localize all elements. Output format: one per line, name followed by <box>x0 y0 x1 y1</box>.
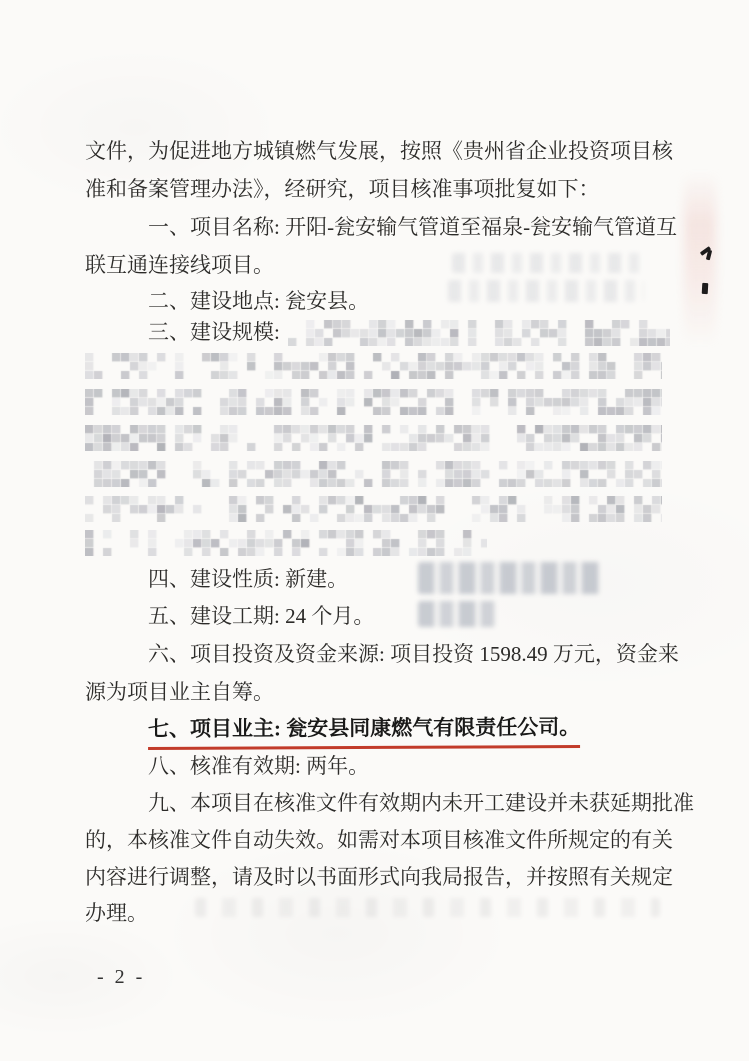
item-scale: 三、建设规模: <box>85 317 670 348</box>
item-location: 二、建设地点: 瓮安县。 <box>85 287 670 318</box>
binding-mark <box>700 246 711 256</box>
item-investment: 六、项目投资及资金来源: 项目投资 1598.49 万元，资金来 <box>85 640 670 671</box>
binding-mark <box>706 250 712 261</box>
item-expiry-clause-cont-1: 的，本核准文件自动失效。如需对本项目核准文件所规定的有关 <box>85 826 670 857</box>
redaction-mosaic <box>85 389 662 415</box>
binding-mark <box>702 283 709 294</box>
item-duration: 五、建设工期: 24 个月。 <box>85 602 670 633</box>
item-project-name-cont: 联互通连接线项目。 <box>85 251 670 282</box>
item-expiry-clause-cont-3: 办理。 <box>85 899 670 930</box>
doc-line-continuation-1: 文件，为促进地方城镇燃气发展，按照《贵州省企业投资项目核 <box>85 137 670 168</box>
redaction-mosaic <box>288 320 670 346</box>
redaction-mosaic <box>85 353 662 379</box>
redaction-mosaic <box>85 425 662 451</box>
item-nature: 四、建设性质: 新建。 <box>85 565 670 596</box>
red-underline-highlight: 七、项目业主: 瓮安县同康燃气有限责任公司。 <box>148 713 580 750</box>
doc-line-continuation-2: 准和备案管理办法》，经研究，项目核准事项批复如下： <box>85 175 670 206</box>
item-owner: 七、项目业主: 瓮安县同康燃气有限责任公司。 <box>85 714 670 745</box>
redaction-mosaic <box>85 461 662 487</box>
scan-fold-stain <box>684 172 716 347</box>
item-project-name: 一、项目名称: 开阳-瓮安输气管道至福泉-瓮安输气管道互 <box>85 213 670 244</box>
page-number: - 2 - <box>97 966 145 989</box>
item-expiry-clause-cont-2: 内容进行调整，请及时以书面形式向我局报告，并按照有关规定 <box>85 863 670 894</box>
redaction-mosaic <box>85 530 487 556</box>
item-expiry-clause: 九、本项目在核准文件有效期内未开工建设并未获延期批准 <box>85 789 670 820</box>
item-investment-cont: 源为项目业主自筹。 <box>85 678 670 709</box>
redaction-mosaic <box>85 496 662 522</box>
item-validity: 八、核准有效期: 两年。 <box>85 752 670 783</box>
item-scale-label: 三、建设规模: <box>148 318 280 347</box>
